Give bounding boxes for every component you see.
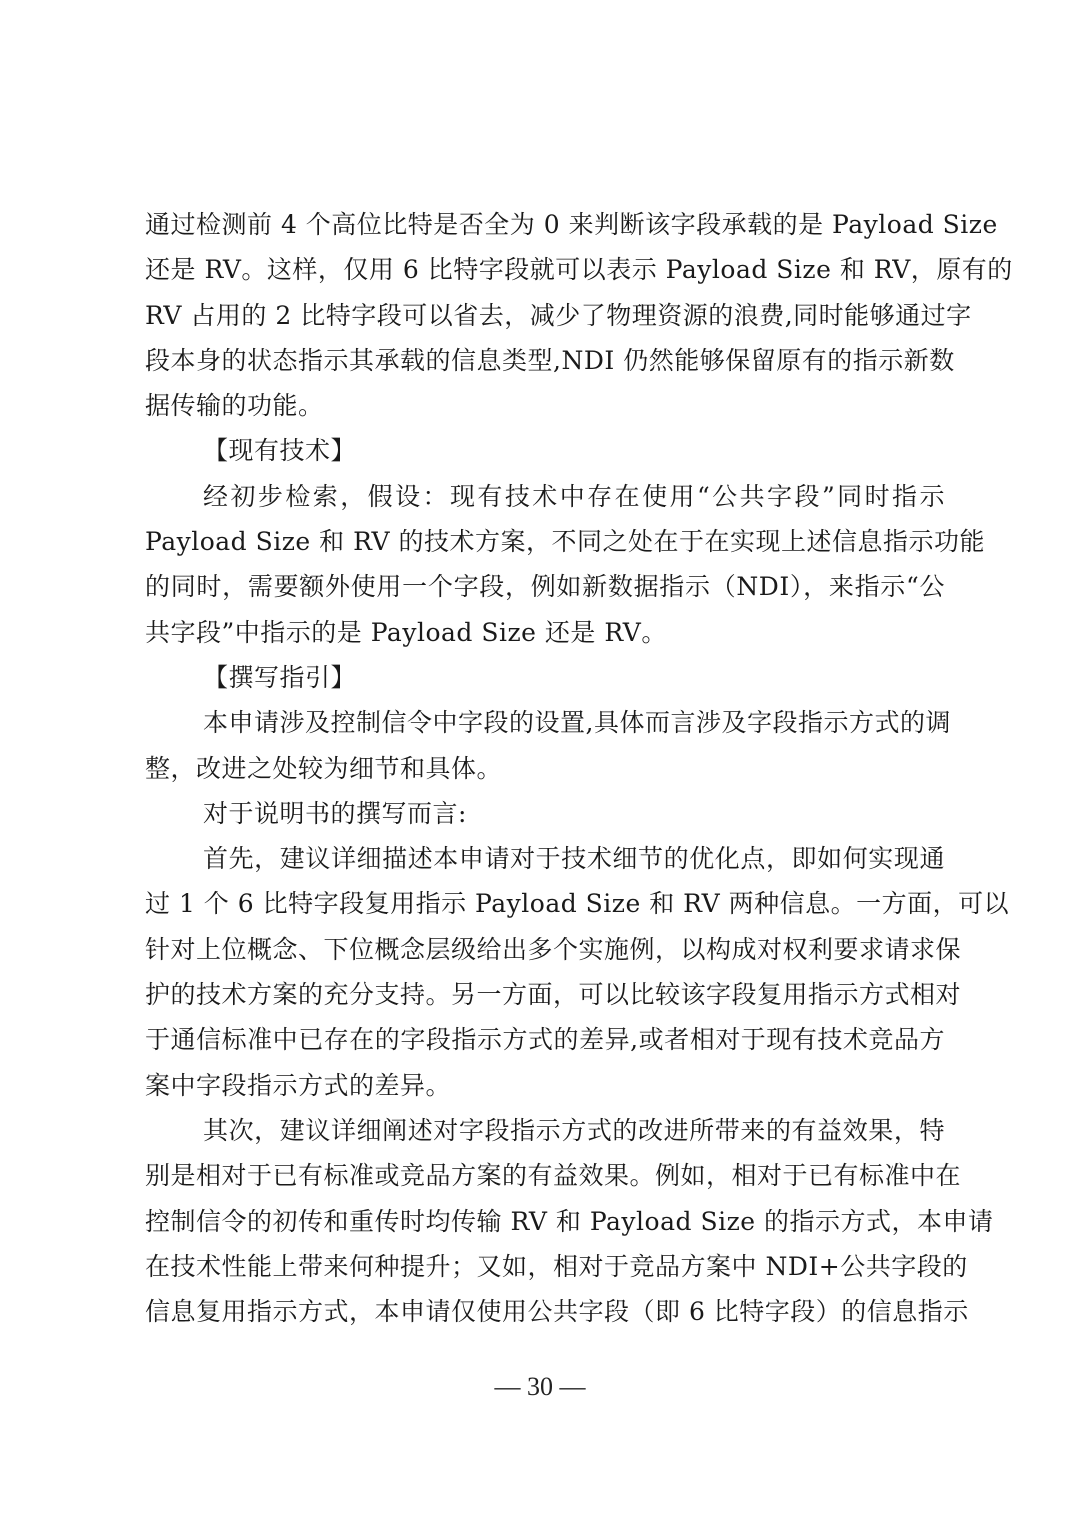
text-line: 控制信令的初传和重传时均传输 RV 和 Payload Size 的指示方式，本… — [145, 1199, 945, 1244]
text-line: 还是 RV。这样，仅用 6 比特字段就可以表示 Payload Size 和 R… — [145, 247, 945, 292]
text-line: 共字段”中指示的是 Payload Size 还是 RV。 — [145, 610, 945, 655]
page-number: — 30 — — [0, 1372, 1080, 1402]
section-heading-writing-guide: 【撰写指引】 — [145, 655, 945, 700]
document-page: 通过检测前 4 个高位比特是否全为 0 来判断该字段承载的是 Payload S… — [0, 0, 1080, 1527]
text-line: 其次，建议详细阐述对字段指示方式的改进所带来的有益效果，特 — [145, 1108, 945, 1153]
text-line: 过 1 个 6 比特字段复用指示 Payload Size 和 RV 两种信息。… — [145, 881, 945, 926]
text-line: 于通信标准中已存在的字段指示方式的差异,或者相对于现有技术竞品方 — [145, 1017, 945, 1062]
text-line: 针对上位概念、下位概念层级给出多个实施例，以构成对权利要求请求保 — [145, 927, 945, 972]
text-line: 护的技术方案的充分支持。另一方面，可以比较该字段复用指示方式相对 — [145, 972, 945, 1017]
text-line: 信息复用指示方式，本申请仅使用公共字段（即 6 比特字段）的信息指示 — [145, 1289, 945, 1334]
text-line: 在技术性能上带来何种提升；又如，相对于竞品方案中 NDI+公共字段的 — [145, 1244, 945, 1289]
text-line: 通过检测前 4 个高位比特是否全为 0 来判断该字段承载的是 Payload S… — [145, 202, 945, 247]
text-line: 经初步检索，假设：现有技术中存在使用“公共字段”同时指示 — [145, 474, 945, 519]
text-line: 首先，建议详细描述本申请对于技术细节的优化点，即如何实现通 — [145, 836, 945, 881]
text-line: 对于说明书的撰写而言: — [145, 791, 945, 836]
text-line: Payload Size 和 RV 的技术方案，不同之处在于在实现上述信息指示功… — [145, 519, 945, 564]
section-heading-prior-art: 【现有技术】 — [145, 428, 945, 473]
text-line: 别是相对于已有标准或竞品方案的有益效果。例如，相对于已有标准中在 — [145, 1153, 945, 1198]
text-line: 案中字段指示方式的差异。 — [145, 1063, 945, 1108]
body-text: 通过检测前 4 个高位比特是否全为 0 来判断该字段承载的是 Payload S… — [145, 202, 945, 1334]
text-line: 据传输的功能。 — [145, 383, 945, 428]
text-line: 段本身的状态指示其承载的信息类型,NDI 仍然能够保留原有的指示新数 — [145, 338, 945, 383]
text-line: 整，改进之处较为细节和具体。 — [145, 746, 945, 791]
text-line: 本申请涉及控制信令中字段的设置,具体而言涉及字段指示方式的调 — [145, 700, 945, 745]
text-line: RV 占用的 2 比特字段可以省去，减少了物理资源的浪费,同时能够通过字 — [145, 293, 945, 338]
text-line: 的同时，需要额外使用一个字段，例如新数据指示（NDI），来指示“公 — [145, 564, 945, 609]
